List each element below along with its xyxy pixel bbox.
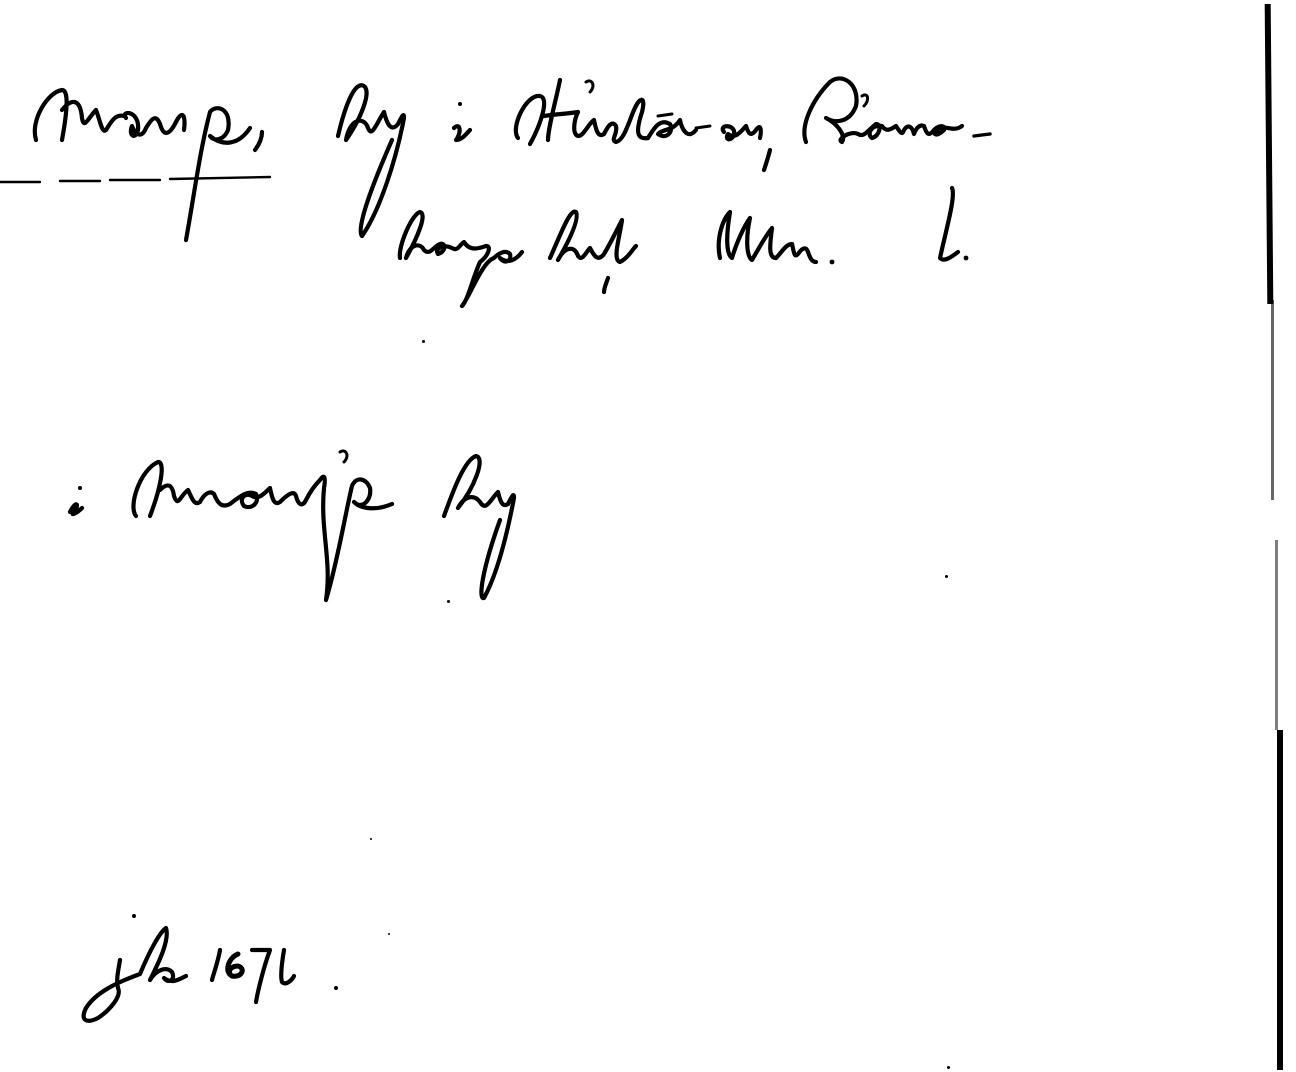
word-ronne xyxy=(804,78,990,142)
scan-speck xyxy=(447,600,450,603)
card-edge-bottom xyxy=(1277,730,1283,1070)
scan-speck xyxy=(947,1066,950,1069)
line2-ink xyxy=(400,188,969,306)
scan-speck xyxy=(388,933,390,935)
line4-ink xyxy=(84,914,338,1021)
scan-speck xyxy=(370,838,372,840)
word-arrarp xyxy=(35,90,262,240)
word-by xyxy=(338,85,404,236)
line3-ink xyxy=(70,451,514,600)
word-hasslov xyxy=(516,80,710,144)
scan-speck xyxy=(422,340,425,343)
card-edge-mid xyxy=(1271,300,1274,500)
handwriting-ink xyxy=(0,0,1296,1072)
scan-speck xyxy=(945,575,948,578)
card-edge-gap xyxy=(1275,540,1278,730)
index-card: Arrarp, by i Hässlöv sn, Rönne- bergs hd… xyxy=(0,0,1296,1072)
